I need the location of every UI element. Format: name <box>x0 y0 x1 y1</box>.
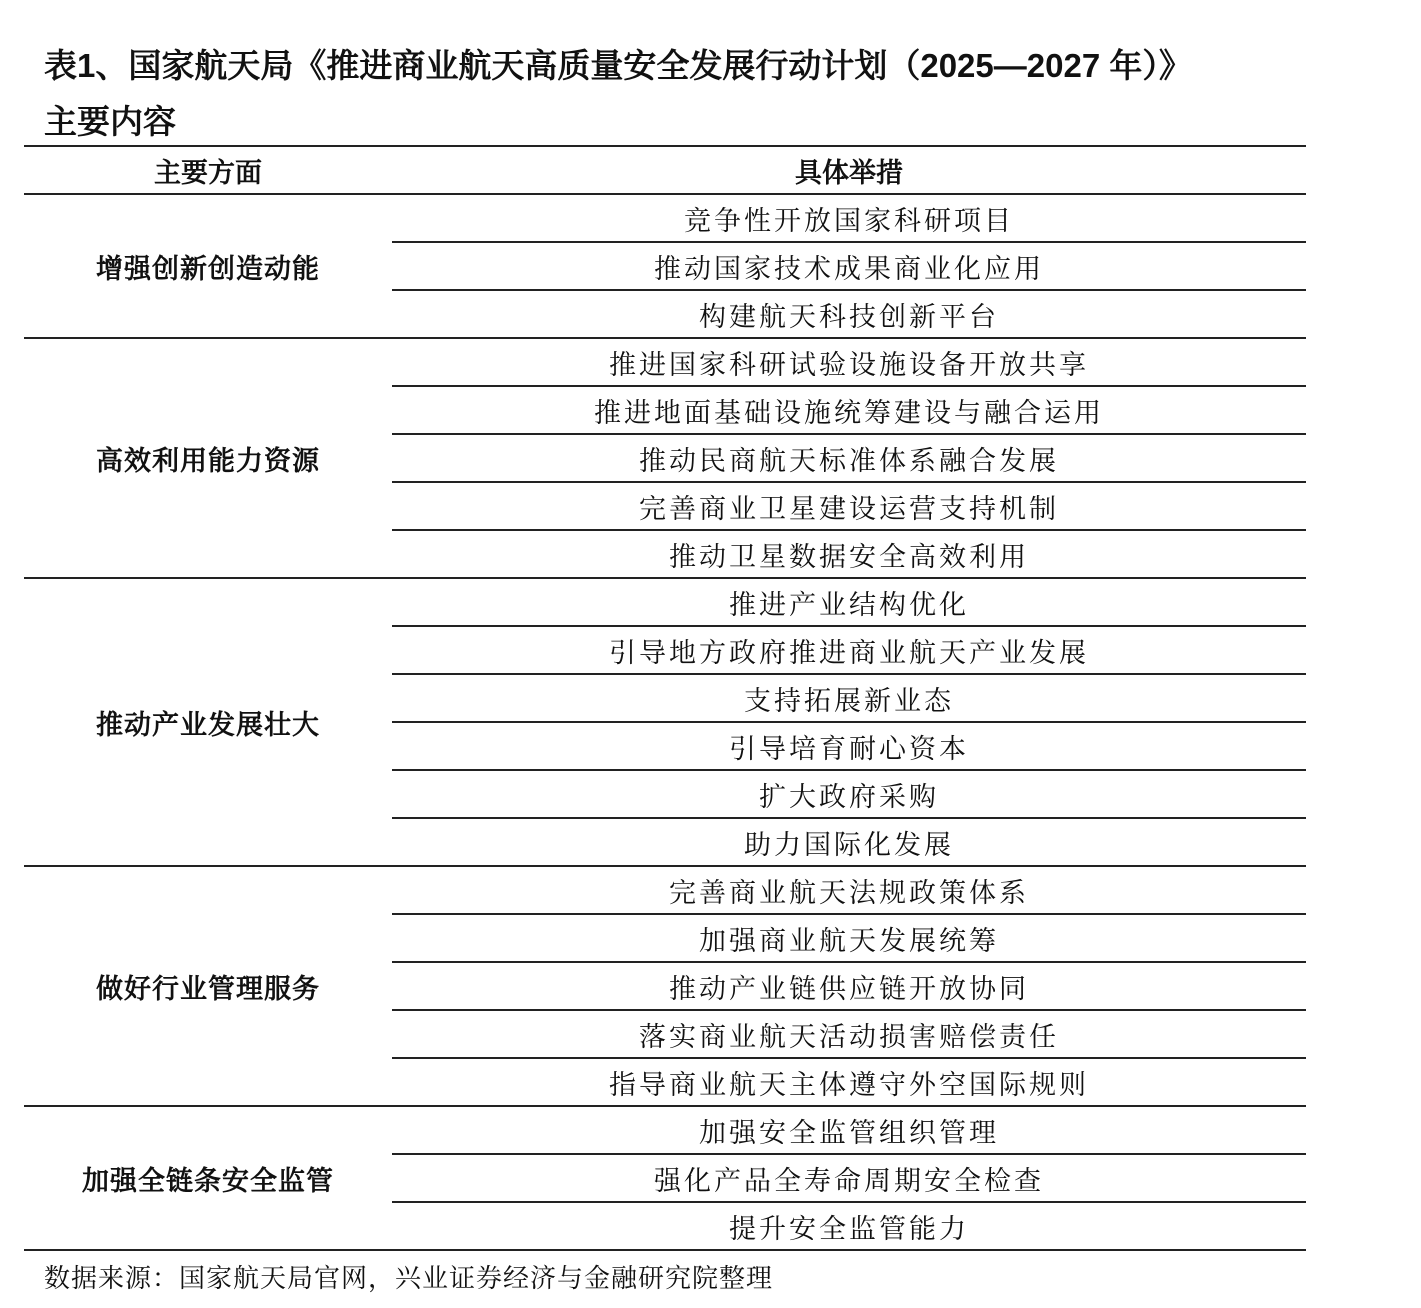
measure-item: 竞争性开放国家科研项目 <box>392 195 1306 243</box>
measure-item: 强化产品全寿命周期安全检查 <box>392 1155 1306 1203</box>
measure-item: 推动国家技术成果商业化应用 <box>392 243 1306 291</box>
table-header: 主要方面 具体举措 <box>24 147 1306 195</box>
measure-item: 完善商业航天法规政策体系 <box>392 867 1306 915</box>
header-aspect: 主要方面 <box>24 151 392 190</box>
measure-item: 加强安全监管组织管理 <box>392 1107 1306 1155</box>
measure-item: 助力国际化发展 <box>392 819 1306 865</box>
measure-item: 提升安全监管能力 <box>392 1203 1306 1249</box>
measure-item: 构建航天科技创新平台 <box>392 291 1306 337</box>
group-aspect: 加强全链条安全监管 <box>24 1107 392 1249</box>
table-group: 高效利用能力资源 推进国家科研试验设施设备开放共享 推进地面基础设施统筹建设与融… <box>24 339 1306 579</box>
measure-item: 引导培育耐心资本 <box>392 723 1306 771</box>
table-title: 表1、国家航天局《推进商业航天高质量安全发展行动计划（2025—2027 年）》… <box>44 38 1344 150</box>
table-group: 增强创新创造动能 竞争性开放国家科研项目 推动国家技术成果商业化应用 构建航天科… <box>24 195 1306 339</box>
table-group: 推动产业发展壮大 推进产业结构优化 引导地方政府推进商业航天产业发展 支持拓展新… <box>24 579 1306 867</box>
group-aspect: 增强创新创造动能 <box>24 195 392 337</box>
measure-item: 推动产业链供应链开放协同 <box>392 963 1306 1011</box>
group-aspect: 推动产业发展壮大 <box>24 579 392 865</box>
measure-item: 落实商业航天活动损害赔偿责任 <box>392 1011 1306 1059</box>
measure-item: 引导地方政府推进商业航天产业发展 <box>392 627 1306 675</box>
measure-item: 扩大政府采购 <box>392 771 1306 819</box>
table-title-line1: 表1、国家航天局《推进商业航天高质量安全发展行动计划（2025—2027 年）》 <box>44 38 1344 94</box>
table-title-line2: 主要内容 <box>44 94 1344 150</box>
measure-item: 推进国家科研试验设施设备开放共享 <box>392 339 1306 387</box>
data-source-note: 数据来源：国家航天局官网，兴业证券经济与金融研究院整理 <box>44 1258 773 1295</box>
group-aspect: 高效利用能力资源 <box>24 339 392 577</box>
group-aspect: 做好行业管理服务 <box>24 867 392 1105</box>
measure-item: 加强商业航天发展统筹 <box>392 915 1306 963</box>
header-measures: 具体举措 <box>392 151 1306 190</box>
measures-table: 主要方面 具体举措 增强创新创造动能 竞争性开放国家科研项目 推动国家技术成果商… <box>24 145 1306 1251</box>
table-group: 加强全链条安全监管 加强安全监管组织管理 强化产品全寿命周期安全检查 提升安全监… <box>24 1107 1306 1251</box>
table-group: 做好行业管理服务 完善商业航天法规政策体系 加强商业航天发展统筹 推动产业链供应… <box>24 867 1306 1107</box>
measure-item: 推动民商航天标准体系融合发展 <box>392 435 1306 483</box>
measure-item: 支持拓展新业态 <box>392 675 1306 723</box>
measure-item: 推进产业结构优化 <box>392 579 1306 627</box>
measure-item: 推进地面基础设施统筹建设与融合运用 <box>392 387 1306 435</box>
measure-item: 指导商业航天主体遵守外空国际规则 <box>392 1059 1306 1105</box>
measure-item: 完善商业卫星建设运营支持机制 <box>392 483 1306 531</box>
measure-item: 推动卫星数据安全高效利用 <box>392 531 1306 577</box>
